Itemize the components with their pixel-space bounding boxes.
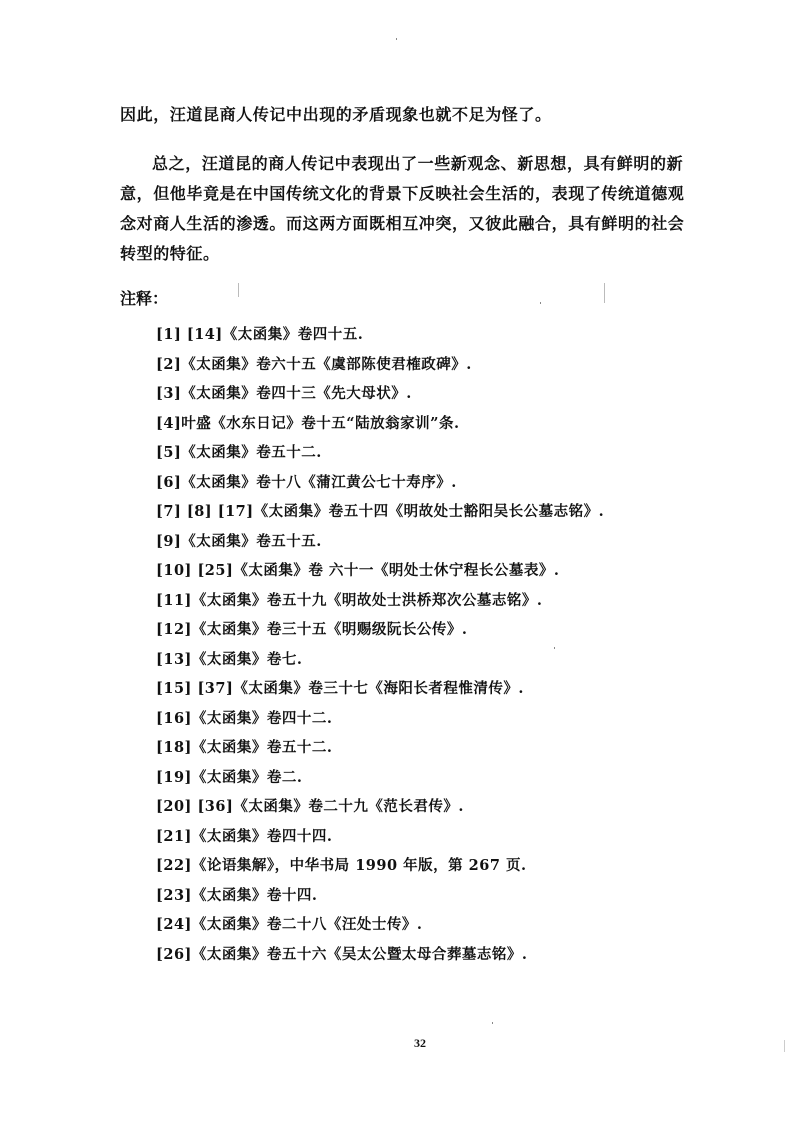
note-item: [19]《太函集》卷二. xyxy=(156,763,604,793)
page-number: 32 xyxy=(0,1036,800,1051)
note-item: [1] [14]《太函集》卷四十五. xyxy=(156,320,604,350)
note-item: [2]《太函集》卷六十五《虞部陈使君榷政碑》. xyxy=(156,350,604,380)
scan-speck xyxy=(554,647,555,649)
scan-speck xyxy=(492,1022,493,1024)
note-item: [11]《太函集》卷五十九《明故处士洪桥郑次公墓志铭》. xyxy=(156,586,604,616)
note-item: [4]叶盛《水东日记》卷十五“陆放翁家训”条. xyxy=(156,409,604,439)
note-item: [18]《太函集》卷五十二. xyxy=(156,733,604,763)
note-item: [7] [8] [17]《太函集》卷五十四《明故处士豁阳吴长公墓志铭》. xyxy=(156,497,604,527)
notes-heading: 注释： xyxy=(120,287,168,311)
note-item: [15] [37]《太函集》卷三十七《海阳长者程惟清传》. xyxy=(156,674,604,704)
note-item: [20] [36]《太函集》卷二十九《范长君传》. xyxy=(156,792,604,822)
notes-list: [1] [14]《太函集》卷四十五. [2]《太函集》卷六十五《虞部陈使君榷政碑… xyxy=(156,320,604,969)
note-item: [22]《论语集解》，中华书局 1990 年版，第 267 页. xyxy=(156,851,604,881)
note-item: [5]《太函集》卷五十二. xyxy=(156,438,604,468)
note-item: [12]《太函集》卷三十五《明赐级阮长公传》. xyxy=(156,615,604,645)
note-item: [16]《太函集》卷四十二. xyxy=(156,704,604,734)
scan-speck xyxy=(540,302,541,304)
note-item: [23]《太函集》卷十四. xyxy=(156,881,604,911)
paragraph-continuation: 因此，汪道昆商人传记中出现的矛盾现象也就不足为怪了。 xyxy=(120,100,685,130)
note-item: [3]《太函集》卷四十三《先大母状》. xyxy=(156,379,604,409)
paragraph-conclusion: 总之，汪道昆的商人传记中表现出了一些新观念、新思想，具有鲜明的新意，但他毕竟是在… xyxy=(120,149,685,269)
note-item: [9]《太函集》卷五十五. xyxy=(156,527,604,557)
scan-speck xyxy=(784,1040,785,1052)
note-item: [13]《太函集》卷七. xyxy=(156,645,604,675)
scan-speck xyxy=(604,283,605,303)
note-item: [26]《太函集》卷五十六《吴太公暨太母合葬墓志铭》. xyxy=(156,940,604,970)
note-item: [10] [25]《太函集》卷 六十一《明处士休宁程长公墓表》. xyxy=(156,556,604,586)
document-page: 因此，汪道昆商人传记中出现的矛盾现象也就不足为怪了。 总之，汪道昆的商人传记中表… xyxy=(0,0,800,1134)
scan-speck xyxy=(396,38,397,40)
note-item: [6]《太函集》卷十八《蒲江黄公七十寿序》. xyxy=(156,468,604,498)
note-item: [24]《太函集》卷二十八《汪处士传》. xyxy=(156,910,604,940)
note-item: [21]《太函集》卷四十四. xyxy=(156,822,604,852)
scan-speck xyxy=(238,283,239,297)
